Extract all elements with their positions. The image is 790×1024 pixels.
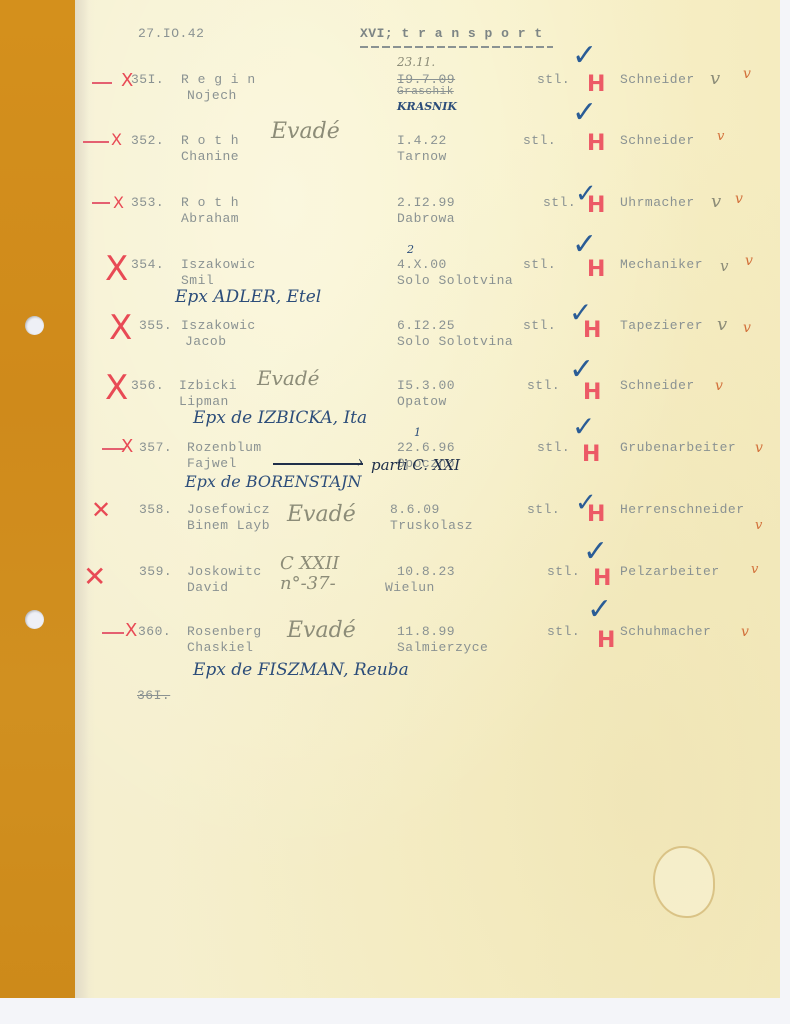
blue-check-icon: ✓ [572,95,597,130]
entry-dob: 2.I2.99 [397,195,455,210]
entry-occupation: Pelzarbeiter [620,564,720,579]
entry-given-name: Chaskiel [187,640,253,655]
entry-dob: 4.X.00 [397,257,447,272]
red-cross-icon: X [109,308,132,348]
entry-given-name: Nojech [187,88,237,103]
document-date: 27.IO.42 [138,26,204,41]
entry-occupation: Tapezierer [620,318,703,333]
title-underline [360,46,553,48]
entry-surname: Iszakowic [181,257,256,272]
dob-correction: 2 [407,243,414,256]
binder-strip [0,0,75,998]
entry-surname: Rozenblum [187,440,262,455]
red-cross-icon: X [111,130,122,149]
red-dash [92,202,110,204]
entry-number: 352. [131,133,164,148]
struck-entry-number: 36I. [137,688,170,703]
entry-dob: I9.7.09 [397,72,455,87]
orange-tick-icon: v [735,191,743,207]
red-h-mark: H [587,257,605,282]
entry-status: stl. [523,318,556,333]
entry-given-name: David [187,580,229,595]
orange-tick-icon: v [743,320,751,336]
orange-tick-icon: v [745,253,753,269]
entry-given-name: Fajwel [187,456,237,471]
entry-dob: I.4.22 [397,133,447,148]
spouse-note: Epx ADLER, Etel [175,287,321,307]
spouse-note: Epx de IZBICKA, Ita [193,408,367,428]
place-correction: KRASNIK [397,100,457,113]
entry-dob: I5.3.00 [397,378,455,393]
entry-given-name: Abraham [181,211,239,226]
entry-surname: R o t h [181,195,239,210]
entry-surname: Rosenberg [187,624,262,639]
entry-number: 360. [138,624,171,639]
red-cross-icon: X [105,368,128,408]
entry-occupation: Schneider [620,72,695,87]
red-cross-icon: X [121,436,133,457]
entry-occupation: Schneider [620,133,695,148]
arrow-line [273,463,363,465]
grey-tick-icon: v [710,68,720,89]
entry-dob: 10.8.23 [397,564,455,579]
entry-number: 353. [131,195,164,210]
entry-place: Solo Solotvina [397,273,513,288]
entry-dob: 22.6.96 [397,440,455,455]
blue-check-icon: ✓ [572,410,595,443]
entry-status: stl. [523,133,556,148]
evade-note: Evadé [257,366,319,390]
red-h-mark: H [587,131,605,156]
red-h-mark: H [597,628,615,653]
entry-surname: Josefowicz [187,502,270,517]
orange-tick-icon: v [741,624,749,640]
entry-given-name: Binem Layb [187,518,270,533]
entry-place: Opatow [397,394,447,409]
entry-place: Salmierzyce [397,640,488,655]
red-dash [83,141,109,143]
entry-place: Solo Solotvina [397,334,513,349]
entry-status: stl. [537,72,570,87]
entry-number: 359. [139,564,172,579]
entry-place: Wielun [385,580,435,595]
document-page: 27.IO.42 XVI; t r a n s p o r t X 35I. R… [75,0,780,998]
red-cross-icon: ✕ [83,560,106,593]
entry-status: stl. [527,502,560,517]
entry-status: stl. [547,624,580,639]
blue-check-icon: ✓ [587,592,612,627]
entry-status: stl. [537,440,570,455]
grey-tick-icon: v [711,191,721,212]
entry-number: 357. [139,440,172,455]
entry-dob: 11.8.99 [397,624,455,639]
entry-occupation: Mechaniker [620,257,703,272]
entry-place: Tarnow [397,149,447,164]
evade-note: Evadé [271,119,340,144]
red-h-mark: H [582,442,600,467]
orange-tick-icon: v [715,378,723,394]
blue-check-icon: ✓ [583,534,608,569]
red-dash [92,82,112,84]
blue-check-icon: ✓ [572,38,597,73]
entry-given-name: Smil [181,273,214,288]
red-cross-icon: X [125,620,137,641]
entry-status: stl. [547,564,580,579]
orange-tick-icon: v [751,562,758,577]
entry-status: stl. [523,257,556,272]
entry-number: 356. [131,378,164,393]
entry-surname: Iszakowic [181,318,256,333]
entry-surname: Izbicki [179,378,237,393]
orange-tick-icon: v [755,518,762,533]
arrow-head-icon: › [357,452,363,471]
dob-correction: 23.11. [397,55,435,69]
orange-tick-icon: v [717,129,724,144]
orange-tick-icon: v [755,440,763,456]
entry-number: 354. [131,257,164,272]
red-dash [102,632,124,634]
transfer-note: parti C. XXI [371,456,460,474]
red-h-mark: H [587,72,605,97]
grey-tick-icon: v [717,314,727,335]
spouse-note: Epx de FISZMAN, Reuba [193,660,409,680]
red-h-mark: H [593,566,611,591]
entry-given-name: Lipman [179,394,229,409]
evade-note: Evadé [287,618,356,643]
entry-dob: 6.I2.25 [397,318,455,333]
entry-surname: R e g i n [181,72,256,87]
entry-given-name: Chanine [181,149,239,164]
entry-number: 355. [139,318,172,333]
entry-surname: Joskowitc [187,564,262,579]
punch-hole-top [25,316,44,335]
grey-tick-icon: v [720,257,728,275]
entry-surname: R o t h [181,133,239,148]
red-cross-icon: X [113,193,124,212]
red-cross-icon: ✕ [91,496,111,524]
entry-place: Graschik [397,86,454,98]
coffee-stain [653,846,715,918]
red-h-mark: H [583,318,601,343]
entry-given-name: Jacob [185,334,227,349]
entry-occupation: Herrenschneider [620,502,745,517]
entry-place: Truskolasz [390,518,473,533]
entry-place: Dabrowa [397,211,455,226]
orange-tick-icon: v [743,66,751,82]
dob-correction: 1 [414,426,421,439]
red-h-mark: H [583,380,601,405]
entry-dob: 8.6.09 [390,502,440,517]
entry-number: 358. [139,502,172,517]
red-cross-icon: X [105,249,128,289]
entry-number: 35I. [131,72,164,87]
entry-status: stl. [527,378,560,393]
spouse-note: Epx de BORENSTAJN [185,472,361,491]
red-h-mark: H [587,502,605,527]
document-title: XVI; t r a n s p o r t [360,26,543,41]
entry-status: stl. [543,195,576,210]
entry-occupation: Schuhmacher [620,624,711,639]
entry-occupation: Uhrmacher [620,195,695,210]
entry-occupation: Schneider [620,378,695,393]
convoy-note: C XXII n°-37- [280,554,370,594]
punch-hole-bottom [25,610,44,629]
red-h-mark: H [587,193,605,218]
entry-occupation: Grubenarbeiter [620,440,736,455]
evade-note: Evadé [287,502,356,527]
